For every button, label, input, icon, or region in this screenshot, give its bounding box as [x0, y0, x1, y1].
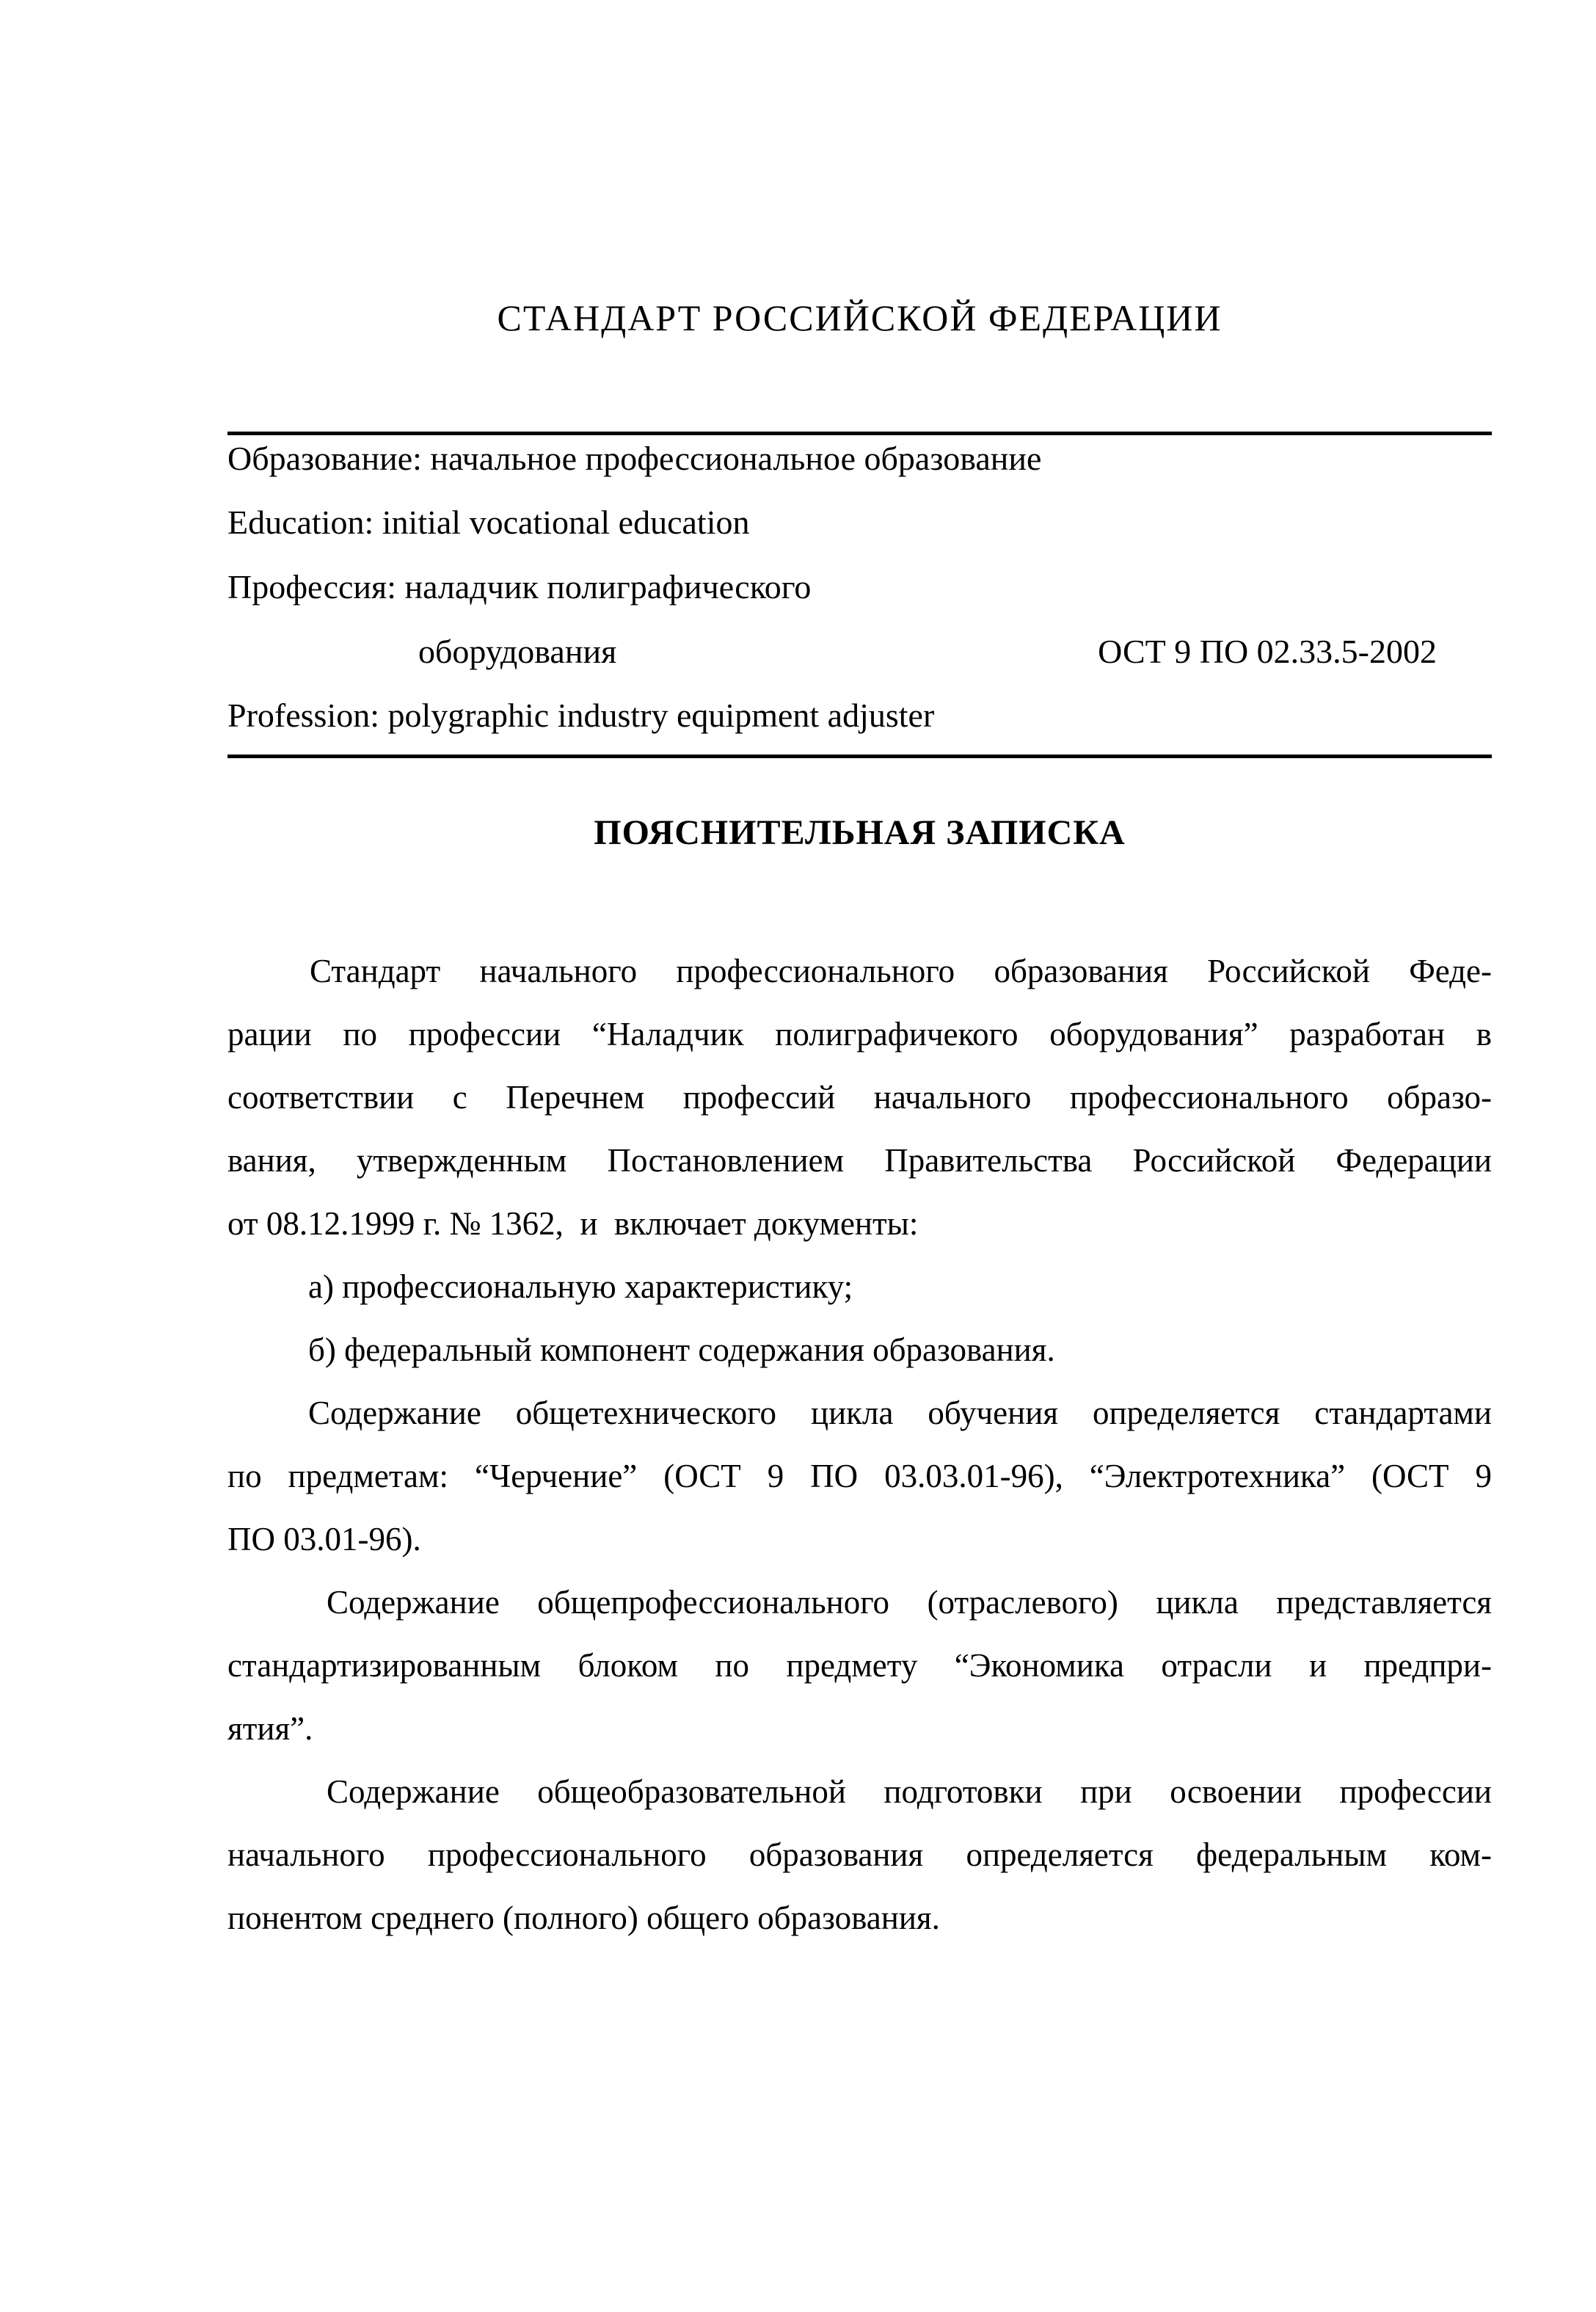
para-1-line-4: вания, утвержденным Постановлением Прави… [227, 1129, 1492, 1192]
list-item-b: б) федеральный компонент содержания обра… [227, 1318, 1492, 1381]
profession-ru-line-2-row: оборудования ОСТ 9 ПО 02.33.5-2002 [227, 628, 1492, 675]
para-1-line-1: Стандарт начального профессионального об… [227, 939, 1492, 1003]
section-heading: ПОЯСНИТЕЛЬНАЯ ЗАПИСКА [227, 807, 1492, 859]
education-en-line: Education: initial vocational education [227, 499, 1492, 546]
para-4-line-1: Содержание общетехнического цикла обучен… [227, 1381, 1492, 1444]
standard-code: ОСТ 9 ПО 02.33.5-2002 [1098, 628, 1492, 675]
para-6-line-1: Содержание общеобразовательной подготовк… [227, 1760, 1492, 1823]
para-1-line-2: рации по профессии “Наладчик полиграфиче… [227, 1003, 1492, 1066]
para-5-line-1: Содержание общепрофессионального (отрасл… [227, 1571, 1492, 1634]
para-4-line-2: по предметам: “Черчение” (ОСТ 9 ПО 03.03… [227, 1444, 1492, 1508]
profession-en-line: Profession: polygraphic industry equipme… [227, 692, 1492, 739]
para-5-line-3: ятия”. [227, 1697, 1492, 1760]
document-title: СТАНДАРТ РОССИЙСКОЙ ФЕДЕРАЦИИ [227, 292, 1492, 343]
para-1-line-5: от 08.12.1999 г. № 1362, и включает доку… [227, 1192, 1492, 1255]
para-1-line-3: соответствии с Перечнем профессий началь… [227, 1066, 1492, 1129]
education-ru-line: Образование: начальное профессиональное … [227, 435, 1492, 482]
para-5-line-2: стандартизированным блоком по предмету “… [227, 1634, 1492, 1697]
document-page: СТАНДАРТ РОССИЙСКОЙ ФЕДЕРАЦИИ Образовани… [0, 0, 1596, 2312]
para-6-line-3: понентом среднего (полного) общего образ… [227, 1886, 1492, 1949]
para-6-line-2: начального профессионального образования… [227, 1823, 1492, 1886]
header-rule-bottom [227, 755, 1492, 758]
profession-ru-line-1: Профессия: наладчик полиграфического [227, 564, 1492, 611]
profession-ru-line-2: оборудования [227, 628, 616, 675]
para-4-line-3: ПО 03.01-96). [227, 1508, 1492, 1571]
list-item-a: а) профессиональную характеристику; [227, 1255, 1492, 1318]
